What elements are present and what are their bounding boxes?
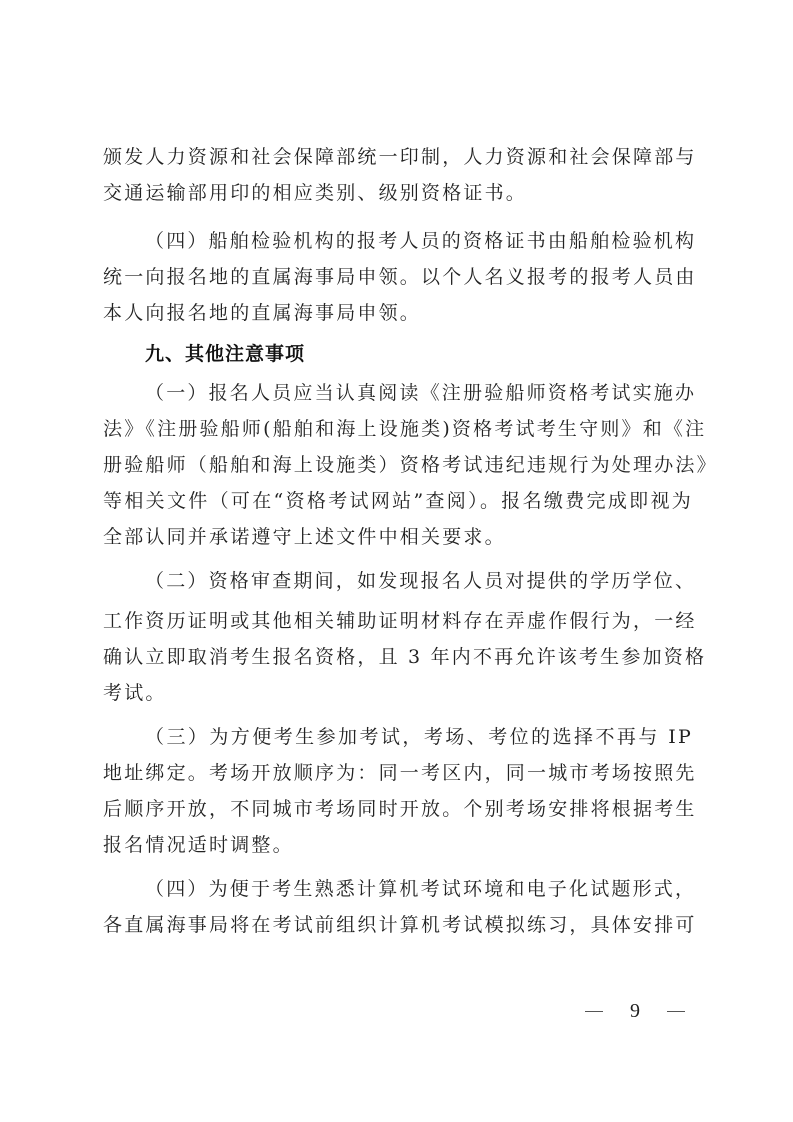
document-page: 颁发人力资源和社会保障部统一印制，人力资源和社会保障部与 交通运输部用印的相应类… — [0, 0, 793, 1122]
paragraph-line: （四）船舶检验机构的报考人员的资格证书由船舶检验机构 — [145, 229, 693, 253]
paragraph-line: 等相关文件（可在“资格考试网站”查阅）。报名缴费完成即视为 — [103, 489, 693, 513]
paragraph-line: 后顺序开放，不同城市考场同时开放。个别考场安排将根据考生 — [103, 797, 693, 821]
paragraph-line: 册验船师（船舶和海上设施类）资格考试违纪违规行为处理办法》 — [103, 453, 693, 477]
paragraph-line: 颁发人力资源和社会保障部统一印制，人力资源和社会保障部与 — [103, 145, 693, 169]
paragraph-line: 交通运输部用印的相应类别、级别资格证书。 — [103, 181, 693, 205]
paragraph-line: （二）资格审查期间，如发现报名人员对提供的学历学位、 — [145, 569, 693, 593]
paragraph-line: （四）为便于考生熟悉计算机考试环境和电子化试题形式， — [145, 877, 693, 901]
paragraph-line: 法》《注册验船师(船舶和海上设施类)资格考试考生守则》和《注 — [103, 417, 693, 441]
paragraph-line: 报名情况适时调整。 — [103, 833, 693, 857]
dash-left — [585, 1011, 603, 1012]
paragraph-line: （三）为方便考生参加考试，考场、考位的选择不再与 IP — [145, 725, 693, 749]
page-number-footer: 9 — [585, 1000, 685, 1023]
page-number: 9 — [630, 1000, 640, 1023]
paragraph-line: 考试。 — [103, 681, 693, 705]
section-heading: 九、其他注意事项 — [145, 342, 305, 366]
dash-right — [667, 1011, 685, 1012]
paragraph-line: 地址绑定。考场开放顺序为：同一考区内，同一城市考场按照先 — [103, 761, 693, 785]
paragraph-line: 各直属海事局将在考试前组织计算机考试模拟练习，具体安排可 — [103, 913, 693, 937]
paragraph-line: 确认立即取消考生报名资格，且 3 年内不再允许该考生参加资格 — [103, 645, 693, 669]
paragraph-line: 统一向报名地的直属海事局申领。以个人名义报考的报考人员由 — [103, 265, 693, 289]
paragraph-line: 本人向报名地的直属海事局申领。 — [103, 301, 693, 325]
paragraph-line: 全部认同并承诺遵守上述文件中相关要求。 — [103, 525, 693, 549]
paragraph-line: 工作资历证明或其他相关辅助证明材料存在弄虚作假行为，一经 — [103, 609, 693, 633]
paragraph-line: （一）报名人员应当认真阅读《注册验船师资格考试实施办 — [145, 381, 693, 405]
